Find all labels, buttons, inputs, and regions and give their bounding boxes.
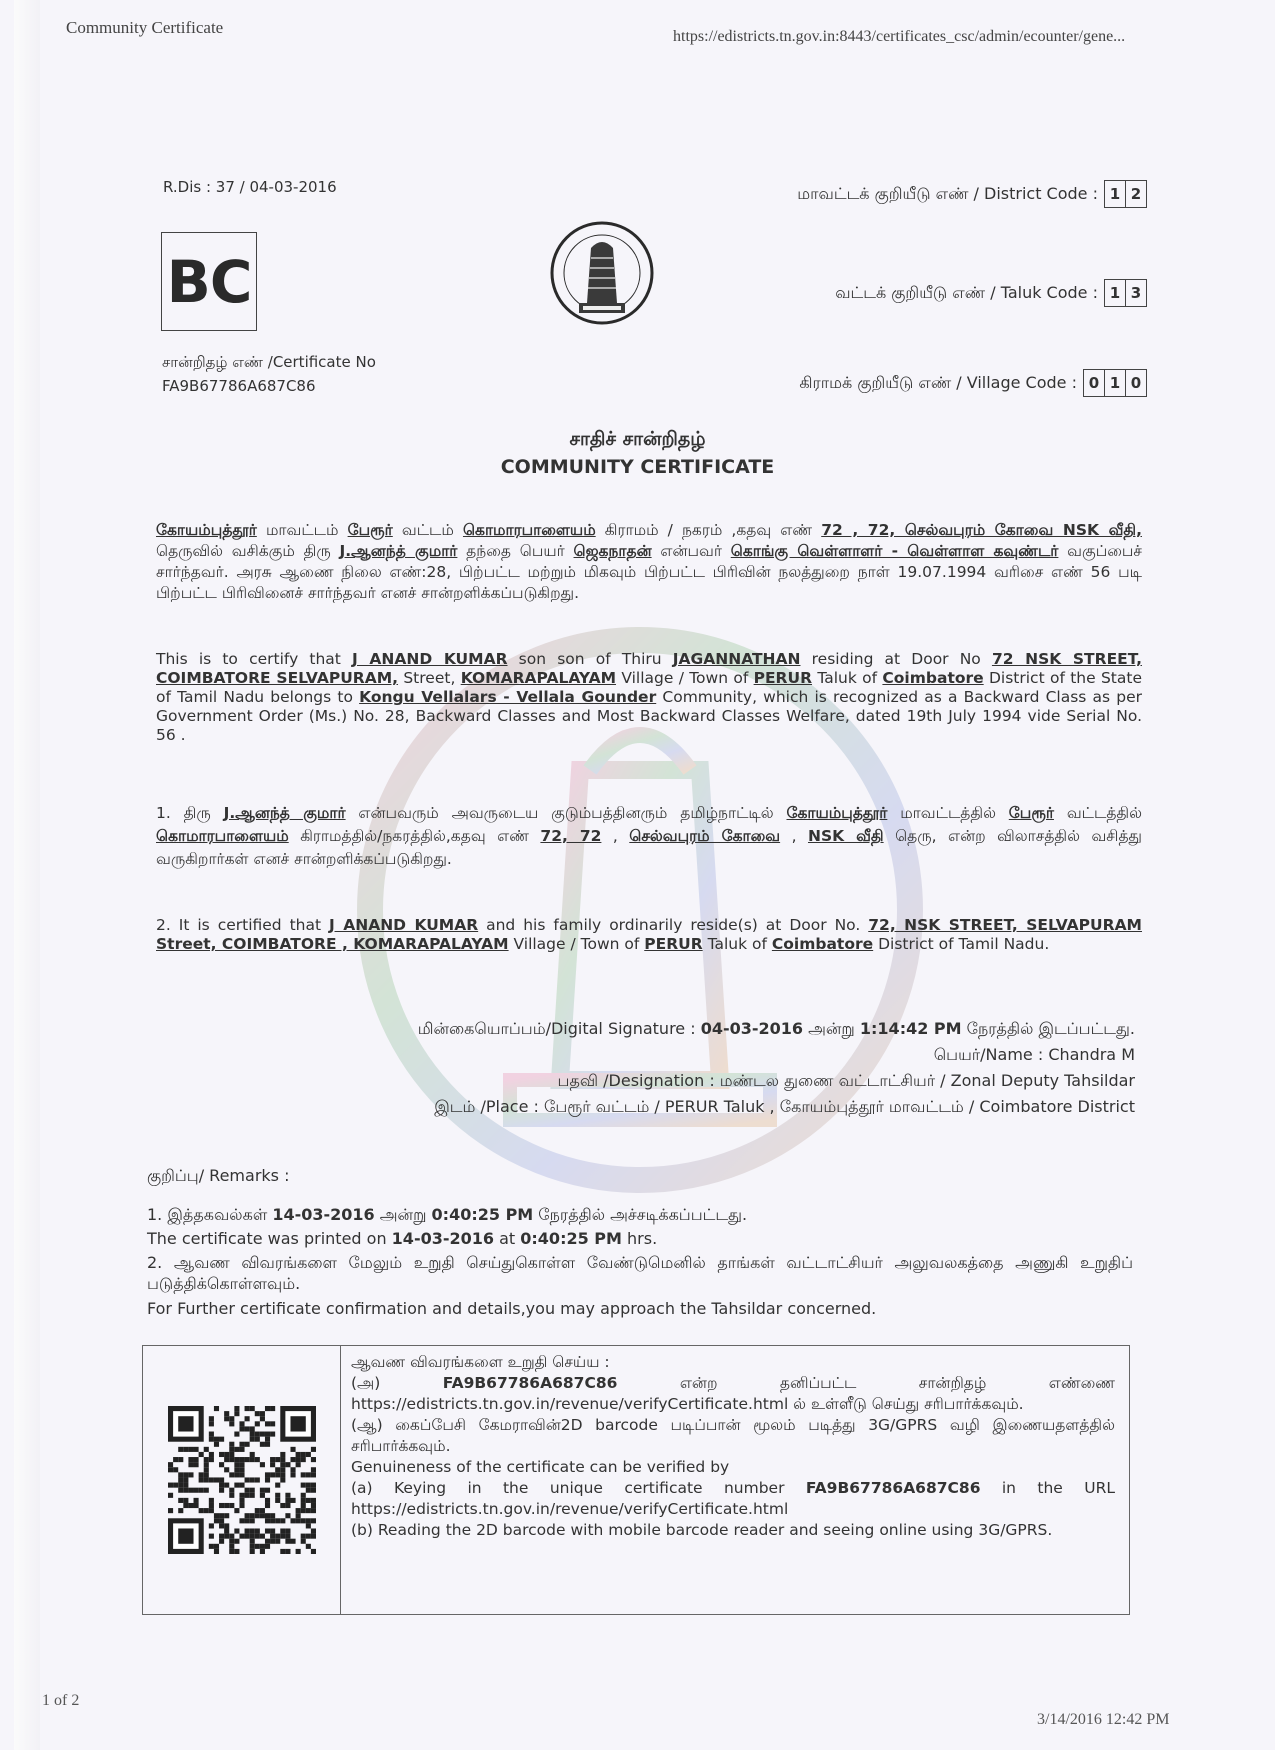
text: (a) Keying in the unique certificate num… — [351, 1479, 806, 1497]
text: ல் உள்ளீடு செய்து சரிபார்க்கவும். — [788, 1395, 1023, 1413]
text: தெருவில் வசிக்கும் திரு — [156, 542, 339, 560]
holder-name: J.ஆனந்த் குமார் — [339, 542, 457, 560]
verify-url-link[interactable]: https://edistricts.tn.gov.in/revenue/ver… — [351, 1500, 788, 1518]
title-tamil: சாதிச் சான்றிதழ் — [0, 428, 1275, 453]
verify-step-a-english: (a) Keying in the unique certificate num… — [351, 1478, 1115, 1520]
text: மாவட்டம் — [257, 521, 348, 539]
district-value: Coimbatore — [772, 935, 873, 953]
signature-time: 1:14:42 PM — [860, 1019, 962, 1038]
district-value: Coimbatore — [882, 669, 983, 687]
holder-name: J ANAND KUMAR — [329, 916, 478, 934]
text: கிராமத்தில்/நகரத்தில்,கதவு எண் — [289, 827, 541, 845]
print-time: 0:40:25 PM — [432, 1205, 534, 1224]
district-code-boxes: 1 2 — [1104, 180, 1147, 208]
paragraph-tamil-2: 1. திரு J.ஆனந்த் குமார் என்பவரும் அவருடை… — [156, 802, 1142, 871]
rdis-reference: R.Dis : 37 / 04-03-2016 — [163, 178, 337, 196]
text: , — [780, 827, 808, 845]
remarks-heading: குறிப்பு/ Remarks : — [147, 1165, 1147, 1186]
category-badge: BC — [161, 232, 257, 331]
street-value: செல்வபுரம் கோவை — [629, 827, 780, 845]
taluk-value: PERUR — [644, 935, 702, 953]
remark-1-english: The certificate was printed on 14-03-201… — [147, 1228, 1147, 1249]
father-name: JAGANNATHAN — [673, 650, 801, 668]
print-date: 14-03-2016 — [272, 1205, 374, 1224]
text: என்பவரும் அவருடைய குடும்பத்தினரும் தமிழ்… — [346, 804, 787, 822]
text: at — [494, 1229, 520, 1248]
district-value: கோயம்புத்தூர் — [787, 804, 888, 822]
text: (அ) — [351, 1374, 443, 1392]
browser-print-title: Community Certificate — [66, 18, 223, 38]
code-digit: 3 — [1125, 280, 1146, 306]
text: மாவட்டத்தில் — [887, 804, 1008, 822]
qr-code-icon[interactable] — [168, 1406, 316, 1554]
qr-cell — [143, 1346, 341, 1614]
text: District of Tamil Nadu. — [873, 935, 1049, 953]
remark-2-english: For Further certificate confirmation and… — [147, 1298, 1147, 1319]
holder-name: J ANAND KUMAR — [352, 650, 508, 668]
certificate-no-value: FA9B67786A687C86 — [443, 1374, 618, 1392]
district-code-label: மாவட்டக் குறியீடு எண் / District Code : — [797, 184, 1098, 205]
text: கிராமம் / நகரம் ,கதவு எண் — [596, 521, 822, 539]
signatory-designation: பதவி /Designation : மண்டல துணை வட்டாட்சி… — [558, 1068, 1135, 1094]
text: residing at Door No — [801, 650, 992, 668]
verify-step-b-english: (b) Reading the 2D barcode with mobile b… — [351, 1520, 1115, 1541]
certificate-no-value: FA9B67786A687C86 — [162, 377, 316, 395]
code-digit: 0 — [1125, 370, 1146, 396]
code-digit: 1 — [1105, 181, 1125, 207]
tamil-nadu-emblem-icon — [545, 218, 660, 333]
text: in the URL — [980, 1479, 1115, 1497]
text: hrs. — [622, 1229, 657, 1248]
code-digit: 0 — [1084, 370, 1104, 396]
certificate-no-value: FA9B67786A687C86 — [806, 1479, 981, 1497]
community-value: கொங்கு வெள்ளாளர் - வெள்ளாள கவுண்டர் — [731, 542, 1059, 560]
taluk-value: PERUR — [754, 669, 812, 687]
taluk-value: பேரூர் — [1009, 804, 1054, 822]
print-date: 14-03-2016 — [392, 1229, 494, 1248]
text: Taluk of — [812, 669, 882, 687]
scan-page-edge — [14, 0, 40, 1750]
certificate-no-label: சான்றிதழ் எண் /Certificate No — [162, 353, 376, 373]
code-digit: 1 — [1104, 370, 1125, 396]
text: Village / Town of — [616, 669, 754, 687]
text: This is to certify that — [156, 650, 352, 668]
street-value: NSK வீதி — [808, 827, 884, 845]
signature-date: 04-03-2016 — [701, 1019, 803, 1038]
paragraph-english-2: 2. It is certified that J ANAND KUMAR an… — [156, 916, 1142, 954]
title-english: COMMUNITY CERTIFICATE — [0, 456, 1275, 478]
door-value: 72, 72 — [540, 827, 601, 845]
text: வட்டத்தில் — [1054, 804, 1142, 822]
verify-url-link[interactable]: https://edistricts.tn.gov.in/revenue/ver… — [351, 1395, 788, 1413]
verify-heading-tamil: ஆவண விவரங்களை உறுதி செய்ய : — [351, 1352, 1115, 1373]
district-code-row: மாவட்டக் குறியீடு எண் / District Code : … — [797, 180, 1147, 208]
verify-heading-english: Genuineness of the certificate can be ve… — [351, 1457, 1115, 1478]
village-value: கொமாரபாளையம் — [463, 521, 596, 539]
signatory-place: இடம் /Place : பேரூர் வட்டம் / PERUR Talu… — [434, 1094, 1135, 1120]
text: Village / Town of — [509, 935, 645, 953]
village-value: கொமாரபாளையம் — [156, 827, 289, 845]
text: அன்று — [803, 1019, 860, 1038]
text: நேரத்தில் அச்சடிக்கப்பட்டது. — [533, 1205, 747, 1224]
remark-1-tamil: 1. இத்தகவல்கள் 14-03-2016 அன்று 0:40:25 … — [147, 1204, 1147, 1225]
paragraph-english-1: This is to certify that J ANAND KUMAR so… — [156, 650, 1142, 745]
text: மின்கையொப்பம்/Digital Signature : — [418, 1019, 701, 1038]
village-value: KOMARAPALAYAM — [461, 669, 616, 687]
verification-text: ஆவண விவரங்களை உறுதி செய்ய : (அ) FA9B6778… — [341, 1346, 1129, 1614]
browser-print-url: https://edistricts.tn.gov.in:8443/certif… — [673, 28, 1125, 46]
village-code-row: கிராமக் குறியீடு எண் / Village Code : 0 … — [799, 369, 1147, 397]
print-datetime: 3/14/2016 12:42 PM — [1037, 1711, 1169, 1729]
taluk-code-row: வட்டக் குறியீடு எண் / Taluk Code : 1 3 — [835, 279, 1147, 307]
text: Taluk of — [703, 935, 772, 953]
taluk-code-boxes: 1 3 — [1104, 279, 1147, 307]
village-code-boxes: 0 1 0 — [1083, 369, 1147, 397]
taluk-value: பேரூர் — [348, 521, 393, 539]
text: தந்தை பெயர் — [457, 542, 573, 560]
text: என்பவர் — [652, 542, 731, 560]
community-value: Kongu Vellalars - Vellala Gounder — [359, 688, 656, 706]
text: நேரத்தில் இடப்பட்டது. — [962, 1019, 1135, 1038]
text: The certificate was printed on — [147, 1229, 392, 1248]
verify-step-b-tamil: (ஆ) கைப்பேசி கேமராவின்2D barcode படிப்பா… — [351, 1415, 1115, 1457]
door-value: 72 , 72, செல்வபுரம் கோவை NSK வீதி, — [821, 521, 1142, 539]
print-time: 0:40:25 PM — [520, 1229, 622, 1248]
text: Street, — [398, 669, 461, 687]
verify-step-a-tamil: (அ) FA9B67786A687C86 என்ற தனிப்பட்ட சான்… — [351, 1373, 1115, 1415]
code-digit: 2 — [1125, 181, 1146, 207]
text: 1. இத்தகவல்கள் — [147, 1205, 272, 1224]
district-value: கோயம்புத்தூர் — [156, 521, 257, 539]
holder-name: J.ஆனந்த் குமார் — [224, 804, 346, 822]
text: , — [601, 827, 629, 845]
text: வட்டம் — [393, 521, 463, 539]
text: 1. திரு — [156, 804, 224, 822]
text: 2. It is certified that — [156, 916, 329, 934]
remark-2-tamil: 2. ஆவண விவரங்களை மேலும் உறுதி செய்துகொள்… — [147, 1252, 1133, 1294]
taluk-code-label: வட்டக் குறியீடு எண் / Taluk Code : — [835, 283, 1098, 304]
village-code-label: கிராமக் குறியீடு எண் / Village Code : — [799, 373, 1077, 394]
text: அன்று — [375, 1205, 432, 1224]
digital-signature-line: மின்கையொப்பம்/Digital Signature : 04-03-… — [418, 1016, 1135, 1042]
text: and his family ordinarily reside(s) at D… — [478, 916, 868, 934]
signatory-name: பெயர்/Name : Chandra M — [934, 1042, 1135, 1068]
text: son son of Thiru — [508, 650, 673, 668]
code-digit: 1 — [1105, 280, 1125, 306]
verification-box: ஆவண விவரங்களை உறுதி செய்ய : (அ) FA9B6778… — [142, 1345, 1130, 1615]
paragraph-tamil-1: கோயம்புத்தூர் மாவட்டம் பேரூர் வட்டம் கொம… — [156, 520, 1142, 604]
text: என்ற தனிப்பட்ட சான்றிதழ் எண்ணை — [617, 1374, 1115, 1392]
father-name: ஜெகநாதன் — [574, 542, 652, 560]
page-indicator: 1 of 2 — [42, 1692, 79, 1710]
